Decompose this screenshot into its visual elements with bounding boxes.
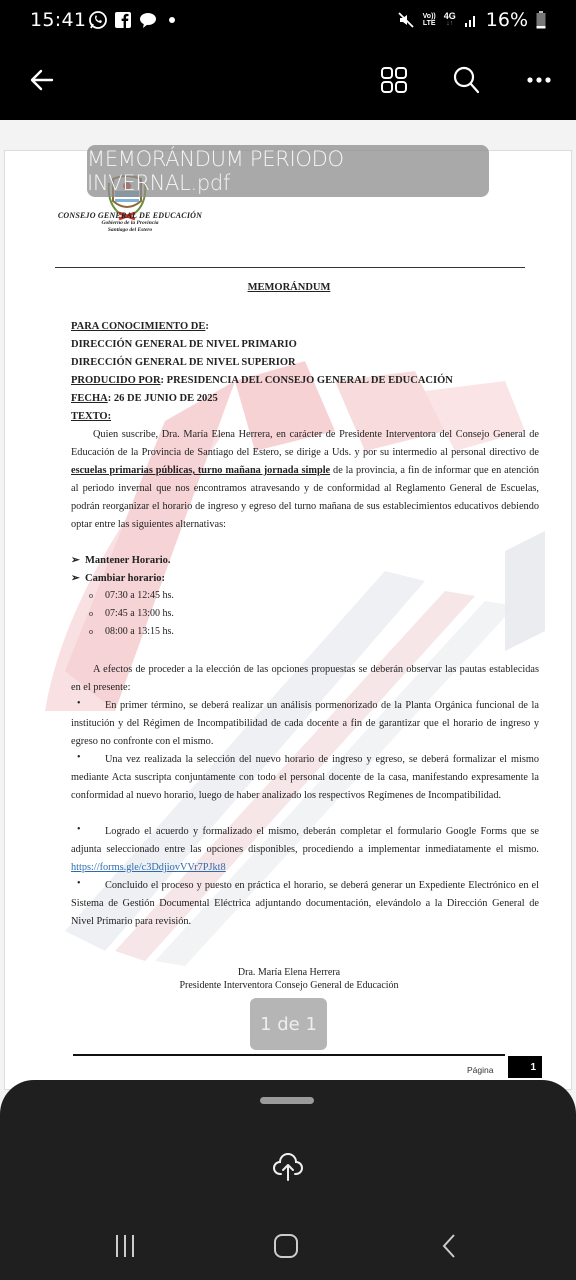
- chat-bubble-icon: [138, 11, 158, 29]
- org-name: CONSEJO GENERAL DE EDUCACIÓN: [55, 211, 205, 220]
- fecha-line: FECHA: 26 DE JUNIO DE 2025: [71, 393, 218, 404]
- signature-title: Presidente Interventora Consejo General …: [5, 979, 572, 992]
- volte-icon: Vo)) LTE: [423, 13, 436, 27]
- notification-icons: [88, 10, 180, 30]
- intro-paragraph: Quien suscribe, Dra. María Elena Herrera…: [71, 426, 539, 534]
- producido-line: PRODUCIDO POR: PRESIDENCIA DEL CONSEJO G…: [71, 375, 453, 386]
- app-bar: [0, 42, 576, 120]
- battery-icon: [536, 11, 546, 29]
- dot-icon: [164, 11, 180, 29]
- home-icon: [273, 1233, 299, 1259]
- footer-page-number: 1: [508, 1056, 542, 1078]
- footer-divider: [73, 1054, 505, 1056]
- texto-label: TEXTO:: [71, 411, 111, 422]
- guideline-2: Una vez realizada la selección del nuevo…: [71, 751, 539, 805]
- bottom-sheet: [0, 1080, 576, 1280]
- guideline-3: Logrado el acuerdo y formalizado el mism…: [71, 823, 539, 877]
- option-cambiar: ➢Cambiar horario:: [71, 572, 165, 584]
- signal-icon: [464, 12, 478, 28]
- pautas-intro: A efectos de proceder a la elección de l…: [71, 661, 539, 697]
- back-button[interactable]: [22, 60, 62, 100]
- filename-overlay: MEMORÁNDUM PERIODO INVERNAL.pdf: [87, 145, 489, 197]
- guideline-4: Concluido el proceso y puesto en práctic…: [71, 877, 539, 931]
- more-options-button[interactable]: [519, 60, 559, 100]
- arrow-left-icon: [28, 66, 56, 94]
- org-sub-2: Santiago del Estero: [55, 227, 205, 234]
- page-indicator: 1 de 1: [250, 998, 327, 1050]
- more-horizontal-icon: [526, 76, 552, 84]
- schedule-option-3: o08:00 a 13:15 hs.: [89, 626, 174, 637]
- pdf-page[interactable]: CONSEJO GENERAL DE EDUCACIÓN Gobierno de…: [4, 150, 572, 1090]
- footer-page-label: Página: [467, 1065, 493, 1075]
- schedule-option-2: o07:45 a 13:00 hs.: [89, 608, 174, 619]
- battery-percent: 16%: [486, 9, 528, 31]
- home-button[interactable]: [261, 1228, 311, 1264]
- mute-icon: [397, 11, 415, 29]
- grid-view-button[interactable]: [374, 60, 414, 100]
- upload-button[interactable]: [268, 1148, 308, 1188]
- recent-apps-icon: [113, 1233, 137, 1259]
- system-icons: Vo)) LTE 4G ↓↑ 16%: [397, 9, 546, 31]
- document-title: MEMORÁNDUM: [5, 282, 572, 293]
- schedule-option-1: o07:30 a 12:45 hs.: [89, 590, 174, 601]
- status-time: 15:41: [30, 9, 86, 31]
- facebook-icon: [114, 11, 132, 29]
- option-mantener: ➢Mantener Horario.: [71, 554, 171, 566]
- recipient-2: DIRECCIÓN GENERAL DE NIVEL SUPERIOR: [71, 357, 296, 368]
- search-icon: [451, 65, 481, 95]
- org-sub-1: Gobierno de la Provincia: [55, 220, 205, 227]
- recipient-1: DIRECCIÓN GENERAL DE NIVEL PRIMARIO: [71, 339, 297, 350]
- header-divider: [55, 267, 525, 268]
- para-conocimiento-line: PARA CONOCIMIENTO DE:: [71, 321, 209, 332]
- search-button[interactable]: [446, 60, 486, 100]
- guideline-1: En primer término, se deberá realizar un…: [71, 697, 539, 751]
- back-chevron-icon: [440, 1233, 458, 1259]
- recent-apps-button[interactable]: [100, 1228, 150, 1264]
- google-form-link[interactable]: https://forms.gle/c3DdjiovVVr7PJkt8: [71, 862, 226, 873]
- whatsapp-icon: [88, 10, 108, 30]
- document-content: CONSEJO GENERAL DE EDUCACIÓN Gobierno de…: [5, 151, 572, 1090]
- status-bar: 15:41 Vo)) LTE 4G ↓↑ 16%: [0, 0, 576, 42]
- sheet-drag-handle[interactable]: [260, 1097, 314, 1104]
- org-header: CONSEJO GENERAL DE EDUCACIÓN Gobierno de…: [55, 211, 205, 234]
- pdf-viewer[interactable]: CONSEJO GENERAL DE EDUCACIÓN Gobierno de…: [0, 120, 576, 1080]
- cloud-upload-icon: [272, 1152, 304, 1184]
- nav-back-button[interactable]: [424, 1228, 474, 1264]
- grid-view-icon: [380, 66, 408, 94]
- 4g-icon: 4G ↓↑: [444, 13, 456, 27]
- signature-name: Dra. María Elena Herrera: [5, 966, 572, 979]
